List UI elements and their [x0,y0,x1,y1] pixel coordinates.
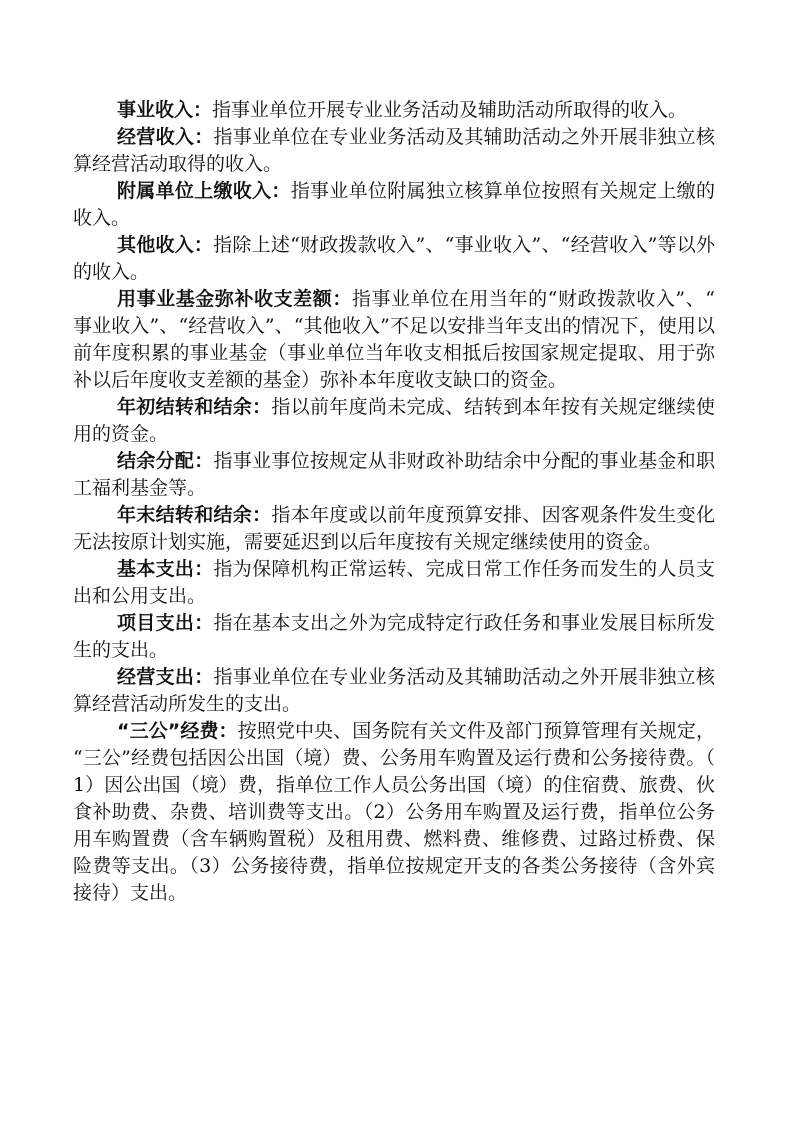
definition-paragraph: 经营支出：指事业单位在专业业务活动及其辅助活动之外开展非独立核算经营活动所发生的… [73,664,715,718]
definition-term: 项目支出： [117,612,214,634]
definition-term: 经营支出： [117,666,214,688]
definition-term: 事业收入： [117,99,212,121]
definition-paragraph: 项目支出：指在基本支出之外为完成特定行政任务和事业发展目标所发生的支出。 [73,610,715,664]
definition-paragraph: 用事业基金弥补收支差额：指事业单位在用当年的“财政拨款收入”、“事业收入”、“经… [73,286,715,394]
definition-paragraph: 附属单位上缴收入：指事业单位附属独立核算单位按照有关规定上缴的收入。 [73,178,715,232]
definition-term: 附属单位上缴收入： [117,180,291,202]
definition-term: 年初结转和结余： [117,396,271,418]
definition-paragraph: 其他收入：指除上述“财政拨款收入”、“事业收入”、“经营收入”等以外的收入。 [73,232,715,286]
definition-paragraph: 经营收入：指事业单位在专业业务活动及其辅助活动之外开展非独立核算经营活动取得的收… [73,124,715,178]
document-page: 事业收入：指事业单位开展专业业务活动及辅助活动所取得的收入。 经营收入：指事业单… [73,97,715,907]
definition-paragraph: 年末结转和结余：指本年度或以前年度预算安排、因客观条件发生变化无法按原计划实施，… [73,502,715,556]
definition-paragraph: 基本支出：指为保障机构正常运转、完成日常工作任务而发生的人员支出和公用支出。 [73,556,715,610]
definition-text: 按照党中央、国务院有关文件及部门预算管理有关规定，“三公”经费包括因公出国（境）… [73,720,715,904]
definition-paragraph: 事业收入：指事业单位开展专业业务活动及辅助活动所取得的收入。 [73,97,715,124]
definition-term: 结余分配： [117,450,214,472]
definition-term: 其他收入： [117,234,213,256]
definition-paragraph: “三公”经费：按照党中央、国务院有关文件及部门预算管理有关规定，“三公”经费包括… [73,718,715,907]
definition-paragraph: 结余分配：指事业事位按规定从非财政补助结余中分配的事业基金和职工福利基金等。 [73,448,715,502]
definition-term: 基本支出： [117,558,214,580]
definition-term: 经营收入： [117,126,214,148]
definition-term: “三公”经费： [117,720,238,742]
definition-term: 年末结转和结余： [117,504,271,526]
definition-term: 用事业基金弥补收支差额： [117,288,352,310]
definition-text: 指事业单位开展专业业务活动及辅助活动所取得的收入。 [212,99,687,121]
definition-paragraph: 年初结转和结余：指以前年度尚未完成、结转到本年按有关规定继续使用的资金。 [73,394,715,448]
